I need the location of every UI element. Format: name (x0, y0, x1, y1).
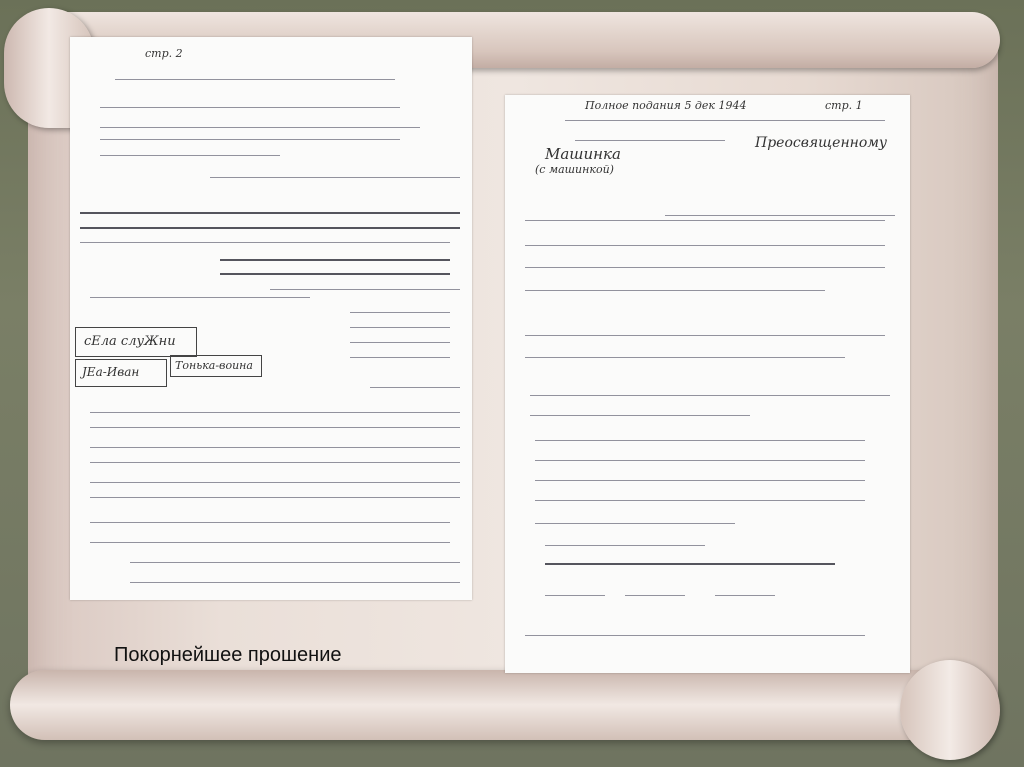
manuscript-page-left: стр. 2 сЕла слуЖни ЈЕа-Иван Тонька-воина (70, 37, 472, 600)
handwriting-line (90, 427, 460, 429)
handwriting-line (535, 523, 735, 525)
handwriting-line (350, 342, 450, 344)
handwriting-line (220, 273, 450, 276)
handwriting-line (100, 139, 400, 141)
handwriting-line (545, 563, 835, 566)
handwriting-line (130, 582, 460, 584)
handwriting-line (350, 312, 450, 314)
handwriting-line (115, 79, 395, 81)
handwriting-line (370, 387, 460, 389)
handwriting-line (210, 177, 460, 179)
handwriting-line (535, 480, 865, 482)
handwriting-line (90, 412, 460, 414)
scroll-bottom-curl (900, 660, 1000, 760)
right-fragment: Машинка (545, 145, 621, 163)
handwriting-line (525, 335, 885, 337)
handwriting-line (535, 460, 865, 462)
handwriting-line (545, 545, 705, 547)
scroll-bottom-bar (10, 670, 970, 740)
handwriting-line (525, 635, 865, 637)
handwriting-line (350, 327, 450, 329)
handwriting-line (350, 357, 450, 359)
handwriting-line (80, 242, 450, 244)
handwriting-line (80, 212, 460, 215)
right-page-header: Полное подания 5 дек 1944 (585, 99, 746, 112)
handwriting-line (100, 127, 420, 129)
handwriting-line (525, 220, 885, 222)
handwriting-line (100, 155, 280, 157)
handwriting-line (90, 297, 310, 299)
boxed-word: сЕла слуЖни (75, 327, 197, 357)
boxed-word: ЈЕа-Иван (75, 359, 167, 387)
right-fragment: (с машинкой) (535, 163, 614, 176)
left-page-header: стр. 2 (145, 47, 183, 60)
handwriting-line (270, 289, 460, 291)
handwriting-line (90, 482, 460, 484)
handwriting-line (80, 227, 460, 230)
manuscript-page-right: Полное подания 5 дек 1944 стр. 1 Машинка… (505, 95, 910, 673)
handwriting-line (715, 595, 775, 597)
slide-caption: Покорнейшее прошение (114, 644, 342, 667)
handwriting-line (90, 462, 460, 464)
handwriting-line (220, 259, 450, 262)
handwriting-line (525, 267, 885, 269)
handwriting-line (525, 357, 845, 359)
handwriting-line (90, 542, 450, 544)
handwriting-line (130, 562, 460, 564)
handwriting-line (575, 140, 725, 142)
handwriting-line (625, 595, 685, 597)
handwriting-line (90, 497, 460, 499)
handwriting-line (535, 500, 865, 502)
right-fragment: Преосвященному (755, 135, 887, 151)
boxed-word: Тонька-воина (170, 355, 262, 377)
handwriting-line (90, 522, 450, 524)
right-page-marker: стр. 1 (825, 99, 863, 112)
handwriting-line (545, 595, 605, 597)
handwriting-line (100, 107, 400, 109)
handwriting-line (665, 215, 895, 217)
handwriting-line (525, 290, 825, 292)
handwriting-line (525, 245, 885, 247)
handwriting-line (530, 415, 750, 417)
handwriting-line (530, 395, 890, 397)
handwriting-line (565, 120, 885, 122)
handwriting-line (535, 440, 865, 442)
handwriting-line (90, 447, 460, 449)
